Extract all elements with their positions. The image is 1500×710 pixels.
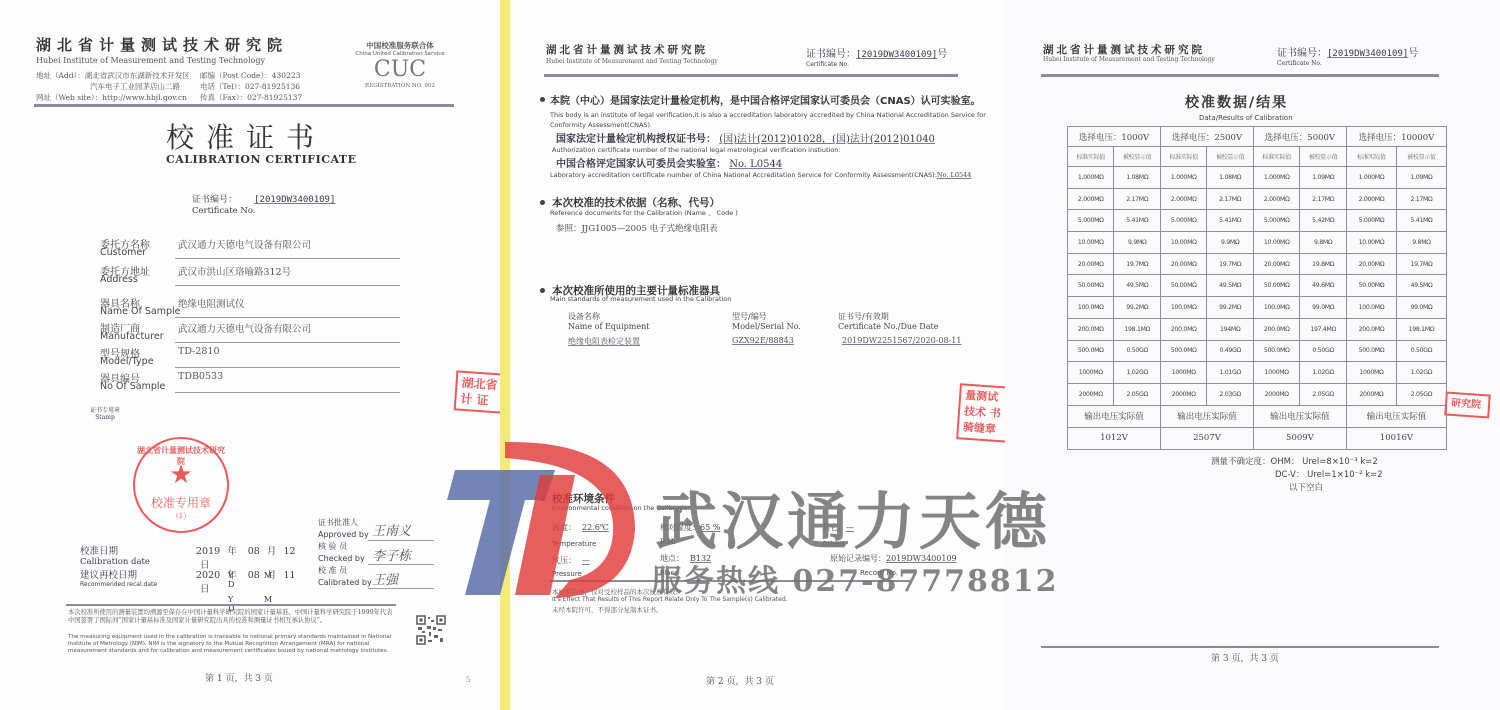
cal-day: 12 — [283, 546, 295, 557]
month-unit: 月 — [267, 570, 277, 581]
cert-no-value: [2019DW3400109] — [254, 195, 335, 205]
seam-stamp-page3: 研究院 — [1444, 391, 1491, 418]
bullet-icon — [540, 97, 545, 102]
sub-header-reading: 被校显示值 — [1300, 147, 1346, 167]
checked-signature: 李子栋 — [372, 545, 411, 564]
postcode-label: 邮编（Post Code）： — [200, 71, 272, 80]
address-line1: 湖北省武汉市东湖新技术开发区 — [85, 71, 190, 80]
table-cell: 2.17MΩ — [1300, 188, 1346, 210]
year-unit: 年 — [227, 570, 237, 581]
uncertainty-dcv: DC-V： Urel=1×10⁻² k=2 — [1211, 469, 1383, 482]
table-cell: 5.42MΩ — [1300, 210, 1346, 232]
table-cell: 1.02GΩ — [1396, 362, 1446, 384]
table-cell: 0.50GΩ — [1396, 340, 1446, 362]
table-cell: 20.00MΩ — [1253, 253, 1299, 275]
table-row: 500.0MΩ0.50GΩ500.0MΩ0.49GΩ500.0MΩ0.50GΩ5… — [1068, 340, 1447, 362]
table-cell: 49.6MΩ — [1300, 275, 1346, 297]
table-cell: 1.000MΩ — [1160, 167, 1206, 189]
sub-header-row: 标准实际值被校显示值标准实际值被校显示值标准实际值被校显示值标准实际值被校显示值 — [1068, 147, 1447, 167]
table-cell: 5.000MΩ — [1068, 210, 1114, 232]
field-label-en: Name Of Sample — [100, 306, 181, 317]
traceability-note-cn: 本次校准所使用的测量装置均溯源至保存在中国计量科学研究院的国家计量基准。中国计量… — [68, 609, 398, 625]
table-cell: 2000MΩ — [1253, 383, 1299, 405]
header-cn: 设备名称 — [568, 312, 649, 322]
table-cell: 500.0MΩ — [1068, 340, 1114, 362]
table-cell: 200.0MΩ — [1253, 318, 1299, 340]
certificate-page-3: 湖北省计量测试技术研究院 Hubei Institute of Measurem… — [1005, 0, 1500, 710]
table-cell: 19.7MΩ — [1114, 253, 1160, 275]
output-value-row: 1012V2507V5009V10016V — [1068, 427, 1447, 449]
table-cell: 2.17MΩ — [1114, 188, 1160, 210]
stamp-label-cn: 证书专用章 — [90, 405, 120, 414]
uncertainty-block: 测量不确定度：OHM： Urel=8×10⁻³ k=2 DC-V： Urel=1… — [1211, 456, 1383, 495]
voltage-header-row: 选择电压：1000V选择电压：2500V选择电压：5000V选择电压：10000… — [1068, 127, 1447, 147]
recal-date-en: Recommended recal.date — [80, 581, 157, 588]
calibration-date-en: Calibration date — [80, 557, 150, 567]
uncertainty-ohm: OHM： Urel=8×10⁻³ k=2 — [1271, 457, 1378, 467]
recal-date-value: 2020 年 08 月 11 日 Y M D — [196, 567, 306, 613]
table-cell: 10.00MΩ — [1346, 232, 1396, 254]
table-cell: 2.17MΩ — [1396, 188, 1446, 210]
table-cell: 10.00MΩ — [1068, 232, 1114, 254]
table-cell: 20.00MΩ — [1160, 253, 1206, 275]
stamp-label-en: Stamp — [90, 414, 120, 421]
certificate-page-2: 湖北省计量测试技术研究院 Hubei Institute of Measurem… — [500, 0, 1005, 710]
table-cell: 1.01GΩ — [1207, 362, 1253, 384]
certificate-title-en: CALIBRATION CERTIFICATE — [166, 153, 356, 166]
table-cell: 198.1MΩ — [1114, 318, 1160, 340]
table-cell: 49.5MΩ — [1207, 275, 1253, 297]
year-unit: 年 — [227, 546, 237, 557]
cuc-registration: REGISTRATION NO. 002 — [345, 83, 455, 89]
table-cell: 2.000MΩ — [1068, 188, 1114, 210]
y-en: Y — [228, 595, 233, 604]
standards-cell: GZX92E/88843 — [732, 336, 794, 345]
standards-header: 设备名称Name of Equipment — [568, 312, 649, 332]
footer-divider — [1041, 646, 1439, 648]
table-cell: 10.00MΩ — [1253, 232, 1299, 254]
table-cell: 9.8MΩ — [1396, 232, 1446, 254]
table-cell: 2.03GΩ — [1207, 383, 1253, 405]
cuc-logo: CUC — [345, 57, 455, 83]
table-cell: 2000MΩ — [1346, 383, 1396, 405]
table-cell: 1000MΩ — [1068, 362, 1114, 384]
sub-header-reading: 被校显示值 — [1114, 147, 1160, 167]
table-cell: 2.000MΩ — [1253, 188, 1299, 210]
table-cell: 10.00MΩ — [1160, 232, 1206, 254]
table-row: 50.00MΩ49.5MΩ50.00MΩ49.5MΩ50.00MΩ49.6MΩ5… — [1068, 275, 1447, 297]
cert-no-label: 证书编号： — [1277, 48, 1327, 59]
certificate-title-cn: 校准证书 — [166, 116, 326, 156]
output-value: 5009V — [1253, 427, 1346, 449]
table-row: 200.0MΩ198.1MΩ200.0MΩ194MΩ200.0MΩ197.4MΩ… — [1068, 318, 1447, 340]
m-en: M — [264, 595, 272, 604]
standards-cell: 2019DW2251567/2020-08-11 — [842, 336, 961, 345]
table-row: 1000MΩ1.02GΩ1000MΩ1.01GΩ1000MΩ1.02GΩ1000… — [1068, 362, 1447, 384]
institute-name-cn: 湖北省计量测试技术研究院 — [1043, 42, 1205, 57]
recal-date-cn: 建议再校日期 — [80, 567, 157, 581]
cert-no-value: [2019DW3400109] — [856, 50, 937, 60]
institute-name-cn: 湖北省计量测试技术研究院 — [36, 34, 288, 55]
table-row: 100.0MΩ99.2MΩ100.0MΩ99.2MΩ100.0MΩ99.0MΩ1… — [1068, 297, 1447, 319]
tel: 027-81925136 — [245, 82, 300, 91]
sub-header-standard: 标准实际值 — [1068, 147, 1114, 167]
reference-value: 参照：JJG1005—2005 电子式绝缘电阻表 — [556, 222, 718, 234]
table-cell: 2.05GΩ — [1114, 383, 1160, 405]
signature-line — [368, 588, 434, 589]
fax-label: 传真（Fax）： — [200, 93, 247, 102]
table-cell: 99.0MΩ — [1396, 297, 1446, 319]
field-underline — [175, 317, 400, 318]
cnas-en-value: No. L0544 — [937, 171, 971, 179]
table-cell: 49.5MΩ — [1114, 275, 1160, 297]
field-label-en: Manufacturer — [100, 331, 164, 342]
table-cell: 2.17MΩ — [1207, 188, 1253, 210]
table-cell: 5.41MΩ — [1114, 210, 1160, 232]
blank-below-note: 以下空白 — [1211, 482, 1383, 495]
institute-name-en: Hubei Institute of Measurement and Testi… — [546, 58, 718, 65]
header-divider — [544, 74, 958, 77]
table-row: 1.000MΩ1.08MΩ1.000MΩ1.08MΩ1.000MΩ1.09MΩ1… — [1068, 167, 1447, 189]
table-cell: 1.09MΩ — [1300, 167, 1346, 189]
table-cell: 500.0MΩ — [1253, 340, 1299, 362]
table-row: 10.00MΩ9.9MΩ10.00MΩ9.9MΩ10.00MΩ9.8MΩ10.0… — [1068, 232, 1447, 254]
output-header: 输出电压实际值 — [1068, 405, 1161, 427]
header-en: Name of Equipment — [568, 322, 649, 332]
output-header: 输出电压实际值 — [1160, 405, 1253, 427]
table-cell: 200.0MΩ — [1068, 318, 1114, 340]
output-header: 输出电压实际值 — [1253, 405, 1346, 427]
table-cell: 5.000MΩ — [1160, 210, 1206, 232]
bullet-icon — [540, 200, 545, 205]
standards-cell: 绝缘电阻表检定装置 — [568, 336, 640, 347]
table-cell: 20.00MΩ — [1068, 253, 1114, 275]
checked-by-cn: 核 验 员 — [318, 541, 372, 553]
field-value: TDB0533 — [178, 371, 223, 382]
field-value: 武汉市洪山区珞喻路312号 — [178, 264, 291, 278]
table-cell: 1.000MΩ — [1346, 167, 1396, 189]
table-cell: 1000MΩ — [1253, 362, 1299, 384]
table-row: 2000MΩ2.05GΩ2000MΩ2.03GΩ2000MΩ2.05GΩ2000… — [1068, 383, 1447, 405]
month-unit: 月 — [267, 546, 277, 557]
fax: 027-81925137 — [247, 93, 302, 102]
table-cell: 19.8MΩ — [1300, 253, 1346, 275]
field-value: 武汉通力天德电气设备有限公司 — [178, 237, 311, 251]
qr-code[interactable] — [416, 615, 446, 645]
results-title-cn: 校准数据/结果 — [1185, 92, 1288, 112]
recal-day: 11 — [283, 570, 295, 581]
field-value: TD-2810 — [178, 346, 220, 357]
intro-cn: 本院（中心）是国家法定计量检定机构，是中国合格评定国家认可委员会（CNAS）认可… — [550, 92, 981, 107]
output-header: 输出电压实际值 — [1346, 405, 1446, 427]
table-cell: 1.08MΩ — [1114, 167, 1160, 189]
signature-line — [368, 564, 434, 565]
table-cell: 0.50GΩ — [1114, 340, 1160, 362]
table-cell: 100.0MΩ — [1160, 297, 1206, 319]
table-cell: 1.02GΩ — [1114, 362, 1160, 384]
uncertainty-label: 测量不确定度： — [1211, 457, 1271, 467]
table-cell: 0.50GΩ — [1300, 340, 1346, 362]
table-cell: 1.000MΩ — [1068, 167, 1114, 189]
table-cell: 19.7MΩ — [1207, 253, 1253, 275]
header-cn: 证书号/有效期 — [838, 312, 938, 322]
field-underline — [175, 285, 400, 286]
field-underline — [175, 258, 400, 259]
table-cell: 197.4MΩ — [1300, 318, 1346, 340]
cuc-name-cn: 中国校准服务联合体 — [345, 40, 455, 51]
seam-stamp-right: 量测试技术 书骑缝章 — [956, 383, 1005, 442]
cnas-line: 中国合格评定国家认可委员会实验室： No. L0544 — [556, 155, 782, 170]
seal-star-icon: ★ — [135, 461, 227, 489]
calibration-results-table: 选择电压：1000V选择电压：2500V选择电压：5000V选择电压：10000… — [1067, 126, 1447, 450]
cert-no-suffix: 号 — [1408, 48, 1418, 59]
contact-block: 邮编（Post Code）：430223 电话（Tel）：027-8192513… — [200, 70, 302, 103]
cal-month: 08 — [248, 546, 260, 557]
output-value: 1012V — [1068, 427, 1161, 449]
website-label: 网址（Web site）： — [36, 93, 102, 102]
output-value: 2507V — [1160, 427, 1253, 449]
voltage-header: 选择电压：10000V — [1346, 127, 1446, 147]
cnas-en-label: Laboratory accreditation certificate num… — [550, 171, 937, 179]
certificate-number-block: 证书编号：[2019DW3400109]号 Certificate No. — [806, 42, 947, 68]
intro-en: This body is an institute of legal verif… — [550, 110, 1000, 130]
field-underline — [175, 342, 400, 343]
footer-divider — [66, 604, 396, 606]
voltage-header: 选择电压：2500V — [1160, 127, 1253, 147]
authorization-line: 国家法定计量检定机构授权证书号： (国)法计(2012)01028，(国)法计(… — [556, 130, 935, 145]
header-divider — [34, 104, 454, 107]
output-header-row: 输出电压实际值输出电压实际值输出电压实际值输出电压实际值 — [1068, 405, 1447, 427]
field-label-en: No Of Sample — [100, 381, 165, 392]
cert-no-label-en: Certificate No. — [192, 206, 335, 216]
results-title-en: Data/Results of Calibration — [1199, 114, 1293, 122]
field-label-en: Address — [100, 274, 138, 285]
institute-name-cn: 湖北省计量测试技术研究院 — [546, 42, 708, 57]
calibration-date-label: 校准日期 Calibration date — [80, 543, 150, 567]
recal-month: 08 — [248, 570, 260, 581]
voltage-header: 选择电压：5000V — [1253, 127, 1346, 147]
table-cell: 1.08MΩ — [1207, 167, 1253, 189]
table-row: 20.00MΩ19.7MΩ20.00MΩ19.7MΩ20.00MΩ19.8MΩ2… — [1068, 253, 1447, 275]
table-cell: 9.9MΩ — [1114, 232, 1160, 254]
table-cell: 2.000MΩ — [1160, 188, 1206, 210]
field-value: 武汉通力天德电气设备有限公司 — [178, 321, 311, 335]
calibrated-signature: 王强 — [372, 569, 398, 588]
field-underline — [175, 367, 400, 368]
institute-name-en: Hubei Institute of Measurement and Testi… — [1043, 56, 1215, 63]
table-cell: 1.02GΩ — [1300, 362, 1346, 384]
approved-by-cn: 证书批准人 — [318, 517, 372, 529]
signature-line — [368, 540, 434, 541]
calibration-date-cn: 校准日期 — [80, 543, 150, 557]
table-cell: 5.41MΩ — [1207, 210, 1253, 232]
sub-header-reading: 被校显示值 — [1207, 147, 1253, 167]
bullet-icon — [540, 288, 545, 293]
certificate-number-block: 证书编号： [2019DW3400109] Certificate No. — [192, 187, 335, 216]
approved-signature: 王南义 — [372, 520, 411, 539]
table-cell: 200.0MΩ — [1160, 318, 1206, 340]
table-cell: 2000MΩ — [1068, 383, 1114, 405]
header-cn: 型号/编号 — [732, 312, 801, 322]
table-cell: 5.000MΩ — [1346, 210, 1396, 232]
page-number: 第 1 页，共 3 页 — [205, 671, 273, 684]
page-number: 第 2 页，共 3 页 — [706, 674, 774, 687]
hotline-watermark: 服务热线 027-87778812 — [652, 556, 1059, 600]
table-cell: 500.0MΩ — [1160, 340, 1206, 362]
calibrated-by-en: Calibrated by — [318, 577, 372, 589]
standards-header: 型号/编号Model/Serial No. — [732, 312, 801, 332]
recal-year: 2020 — [196, 570, 220, 581]
table-cell: 2000MΩ — [1160, 383, 1206, 405]
copy-notice: 未经本院许可，不得部分复制本证书。 — [552, 605, 663, 614]
standards-title-en: Main standards of measurement used in th… — [550, 295, 731, 303]
calibrated-by-cn: 校 准 员 — [318, 565, 372, 577]
field-underline — [175, 392, 400, 393]
cal-year: 2019 — [196, 546, 220, 557]
table-cell: 49.5MΩ — [1396, 275, 1446, 297]
cnas-value: No. L0544 — [729, 159, 782, 170]
stamp-label: 证书专用章 Stamp — [90, 405, 120, 421]
seal-center-text: 校准专用章 — [135, 494, 227, 511]
address-line2: 汽车电子工业园茅店山二路 — [36, 82, 180, 91]
table-cell: 2.05GΩ — [1300, 383, 1346, 405]
header-en: Certificate No./Due Date — [838, 322, 938, 332]
sub-header-standard: 标准实际值 — [1160, 147, 1206, 167]
certificate-number-block: 证书编号：[2019DW3400109]号 Certificate No. — [1277, 41, 1418, 67]
postcode: 430223 — [272, 71, 301, 80]
sub-header-standard: 标准实际值 — [1253, 147, 1299, 167]
authorization-en: Authorization certificate number of the … — [552, 146, 841, 154]
table-cell: 99.2MΩ — [1114, 297, 1160, 319]
table-cell: 99.0MΩ — [1300, 297, 1346, 319]
cnas-label: 中国合格评定国家认可委员会实验室： — [556, 159, 726, 170]
table-cell: 9.9MΩ — [1207, 232, 1253, 254]
seam-stamp-left: 湖北省计 证 — [454, 370, 500, 413]
cuc-logo-block: 中国校准服务联合体 China United Calibration Servi… — [345, 40, 455, 89]
traceability-note-en: The measuring equipment used in the cali… — [68, 634, 398, 655]
table-cell: 0.49GΩ — [1207, 340, 1253, 362]
certificate-page-1: 湖北省计量测试技术研究院 Hubei Institute of Measurem… — [0, 0, 500, 710]
cert-no-label-en: Certificate No. — [806, 61, 947, 68]
table-cell: 2.05GΩ — [1396, 383, 1446, 405]
address-block: 地址（Add）：湖北省武汉市东湖新技术开发区 汽车电子工业园茅店山二路 网址（W… — [36, 70, 190, 103]
standards-header: 证书号/有效期Certificate No./Due Date — [838, 312, 938, 332]
cert-no-label: 证书编号： — [806, 49, 856, 60]
field-value: 绝缘电阻测试仪 — [178, 296, 245, 310]
table-cell: 50.00MΩ — [1253, 275, 1299, 297]
institute-name-en: Hubei Institute of Measurement and Testi… — [36, 56, 265, 65]
approved-by-en: Approved by — [318, 529, 372, 541]
table-cell: 1000MΩ — [1160, 362, 1206, 384]
table-row: 5.000MΩ5.41MΩ5.000MΩ5.41MΩ5.000MΩ5.42MΩ5… — [1068, 210, 1447, 232]
table-cell: 50.00MΩ — [1160, 275, 1206, 297]
table-cell: 50.00MΩ — [1346, 275, 1396, 297]
cert-no-label: 证书编号： — [192, 195, 237, 205]
table-cell: 100.0MΩ — [1068, 297, 1114, 319]
seal-number: （1） — [135, 511, 227, 521]
table-cell: 1.09MΩ — [1396, 167, 1446, 189]
header-divider — [1041, 74, 1439, 77]
table-cell: 1000MΩ — [1346, 362, 1396, 384]
cnas-en: Laboratory accreditation certificate num… — [550, 171, 971, 179]
company-logo-watermark — [445, 430, 645, 600]
page-number: 第 3 页，共 3 页 — [1211, 651, 1279, 664]
table-cell: 100.0MΩ — [1253, 297, 1299, 319]
address-label: 地址（Add）： — [36, 71, 85, 80]
voltage-header: 选择电压：1000V — [1068, 127, 1161, 147]
recal-date-label: 建议再校日期 Recommended recal.date — [80, 567, 157, 588]
official-seal: 湖北省计量测试技术研究院 ★ 校准专用章 （1） — [133, 437, 229, 533]
table-cell: 19.7MΩ — [1396, 253, 1446, 275]
table-cell: 50.00MΩ — [1068, 275, 1114, 297]
table-cell: 194MΩ — [1207, 318, 1253, 340]
sub-header-reading: 被校显示值 — [1396, 147, 1446, 167]
sub-header-standard: 标准实际值 — [1346, 147, 1396, 167]
table-cell: 500.0MΩ — [1346, 340, 1396, 362]
corner-number: 5 — [466, 676, 470, 684]
output-value: 10016V — [1346, 427, 1446, 449]
website-link[interactable]: http://www.hbjl.gov.cn — [102, 93, 187, 102]
table-cell: 198.1MΩ — [1396, 318, 1446, 340]
reference-title-en: Reference documents for the Calibration … — [550, 208, 738, 217]
authorization-value: (国)法计(2012)01028，(国)法计(2012)01040 — [719, 134, 935, 145]
cert-no-value: [2019DW3400109] — [1327, 49, 1408, 59]
table-cell: 9.8MΩ — [1300, 232, 1346, 254]
authorization-label: 国家法定计量检定机构授权证书号： — [556, 134, 716, 145]
cert-no-label-en: Certificate No. — [1277, 60, 1418, 67]
checked-by-en: Checked by — [318, 553, 372, 565]
table-cell: 100.0MΩ — [1346, 297, 1396, 319]
table-cell: 20.00MΩ — [1346, 253, 1396, 275]
table-cell: 99.2MΩ — [1207, 297, 1253, 319]
day-unit: 日 — [200, 584, 210, 595]
signatories-labels: 证书批准人 Approved by 核 验 员 Checked by 校 准 员… — [318, 517, 372, 589]
table-cell: 5.41MΩ — [1396, 210, 1446, 232]
table-cell: 5.000MΩ — [1253, 210, 1299, 232]
company-name-watermark: 武汉通力天德 — [655, 472, 1051, 561]
table-cell: 2.000MΩ — [1346, 188, 1396, 210]
field-label-en: Model/Type — [100, 356, 154, 367]
tel-label: 电话（Tel）： — [200, 82, 245, 91]
cert-no-suffix: 号 — [937, 49, 947, 60]
table-row: 2.000MΩ2.17MΩ2.000MΩ2.17MΩ2.000MΩ2.17MΩ2… — [1068, 188, 1447, 210]
field-label-en: Customer — [100, 247, 146, 258]
table-cell: 1.000MΩ — [1253, 167, 1299, 189]
table-cell: 200.0MΩ — [1346, 318, 1396, 340]
header-en: Model/Serial No. — [732, 322, 801, 332]
